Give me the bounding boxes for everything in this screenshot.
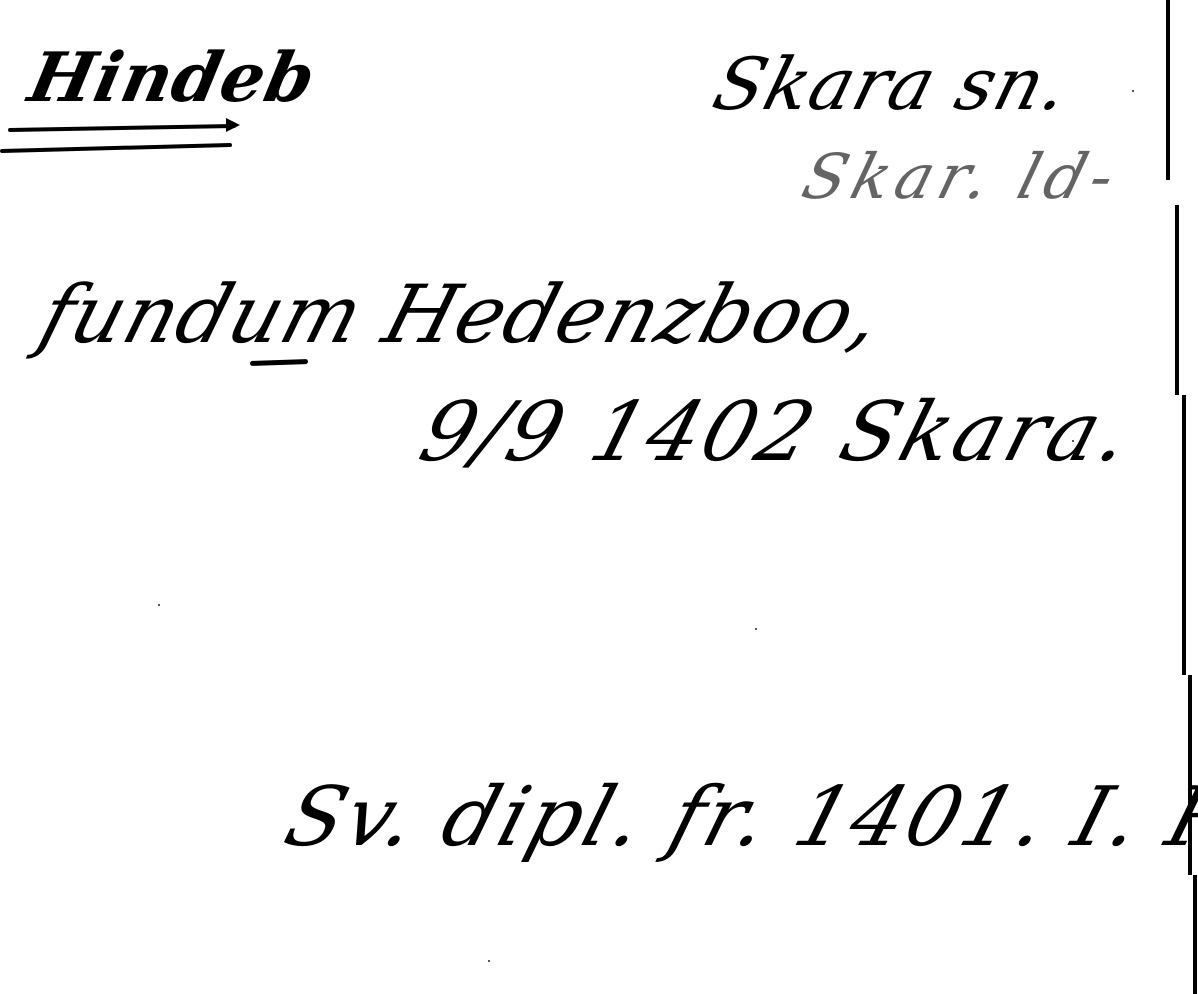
scan-speck: [755, 628, 757, 630]
archive-card: Hindeb Skara sn. Skar. ld- fundum Hedenz…: [0, 0, 1198, 994]
parish-label: Skara sn.: [705, 42, 1079, 126]
card-edge-border: [1193, 875, 1197, 994]
scan-speck: [158, 604, 160, 606]
abbreviation-underline: [250, 359, 308, 366]
scan-speck: [1132, 90, 1134, 92]
card-edge-border: [1175, 205, 1179, 395]
body-text-line-1: fundum Hedenzboo,: [30, 268, 893, 361]
card-edge-border: [1166, 0, 1170, 180]
card-heading-placename: Hindeb: [22, 38, 323, 118]
card-edge-border: [1182, 395, 1186, 675]
underline-arrow-icon: [226, 118, 240, 132]
source-reference: Sv. dipl. fr. 1401. I. Reg.: [275, 770, 1198, 865]
scan-speck: [488, 960, 490, 962]
scan-speck: [1072, 440, 1074, 442]
card-edge-border: [1188, 675, 1192, 875]
heading-underline-lower: [0, 143, 232, 153]
pencil-annotation: Skar. ld-: [795, 140, 1128, 213]
heading-underline-upper: [8, 124, 236, 132]
body-text-date-place: 9/9 1402 Skara.: [410, 385, 1144, 480]
